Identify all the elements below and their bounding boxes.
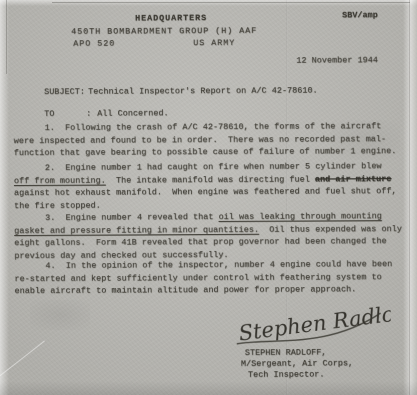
apo-row: APO 520 US ARMY <box>71 37 271 51</box>
letterhead: HEADQUARTERS 450TH BOMBARDMENT GROUP (H)… <box>71 12 271 51</box>
underlined-text-segment: gasket and pressure fitting in minor qua… <box>14 224 259 235</box>
date-line: 12 November 1944 <box>296 54 378 67</box>
headquarters-line: HEADQUARTERS <box>71 12 271 26</box>
paragraph-1: 1. Following the crash of A/C 42-78610, … <box>14 121 414 161</box>
to-label: TO <box>44 107 86 120</box>
paragraph-4: 4. In the opinion of the inspector, numb… <box>14 259 414 299</box>
memo-text-segment: 3. Engine number 4 revealed that <box>45 212 218 223</box>
apo-number: APO 520 <box>73 38 115 51</box>
memo-line: function that gave bearing to possible c… <box>14 146 414 161</box>
memo-content: SBV/amp HEADQUARTERS 450TH BOMBARDMENT G… <box>0 0 417 395</box>
unit-line: 450TH BOMBARDMENT GROUP (H) AAF <box>71 24 271 38</box>
memo-text-segment: The intake manifold was directing fuel <box>106 174 315 185</box>
memo-text-segment: Oil thus expended was only <box>259 224 402 235</box>
scanned-memo-page: SBV/amp HEADQUARTERS 450TH BOMBARDMENT G… <box>0 0 417 395</box>
underlined-text-segment: off from mounting. <box>14 175 106 185</box>
underlined-text-segment: oil was leaking through mounting <box>219 211 382 222</box>
paragraph-2: 2. Engine number 1 had caught on fire wh… <box>14 161 414 213</box>
paragraph-3: 3. Engine number 4 revealed that oil was… <box>14 211 414 263</box>
struck-text-segment: and air mixture <box>315 174 392 184</box>
memo-line: enable aircraft to maintain altitude and… <box>14 284 414 299</box>
to-colon: : <box>86 107 97 120</box>
typist-reference: SBV/amp <box>342 9 378 22</box>
signed-title: Tech Inspector. <box>248 368 325 381</box>
to-value: All Concerned. <box>97 108 168 118</box>
army-label: US ARMY <box>193 37 235 50</box>
